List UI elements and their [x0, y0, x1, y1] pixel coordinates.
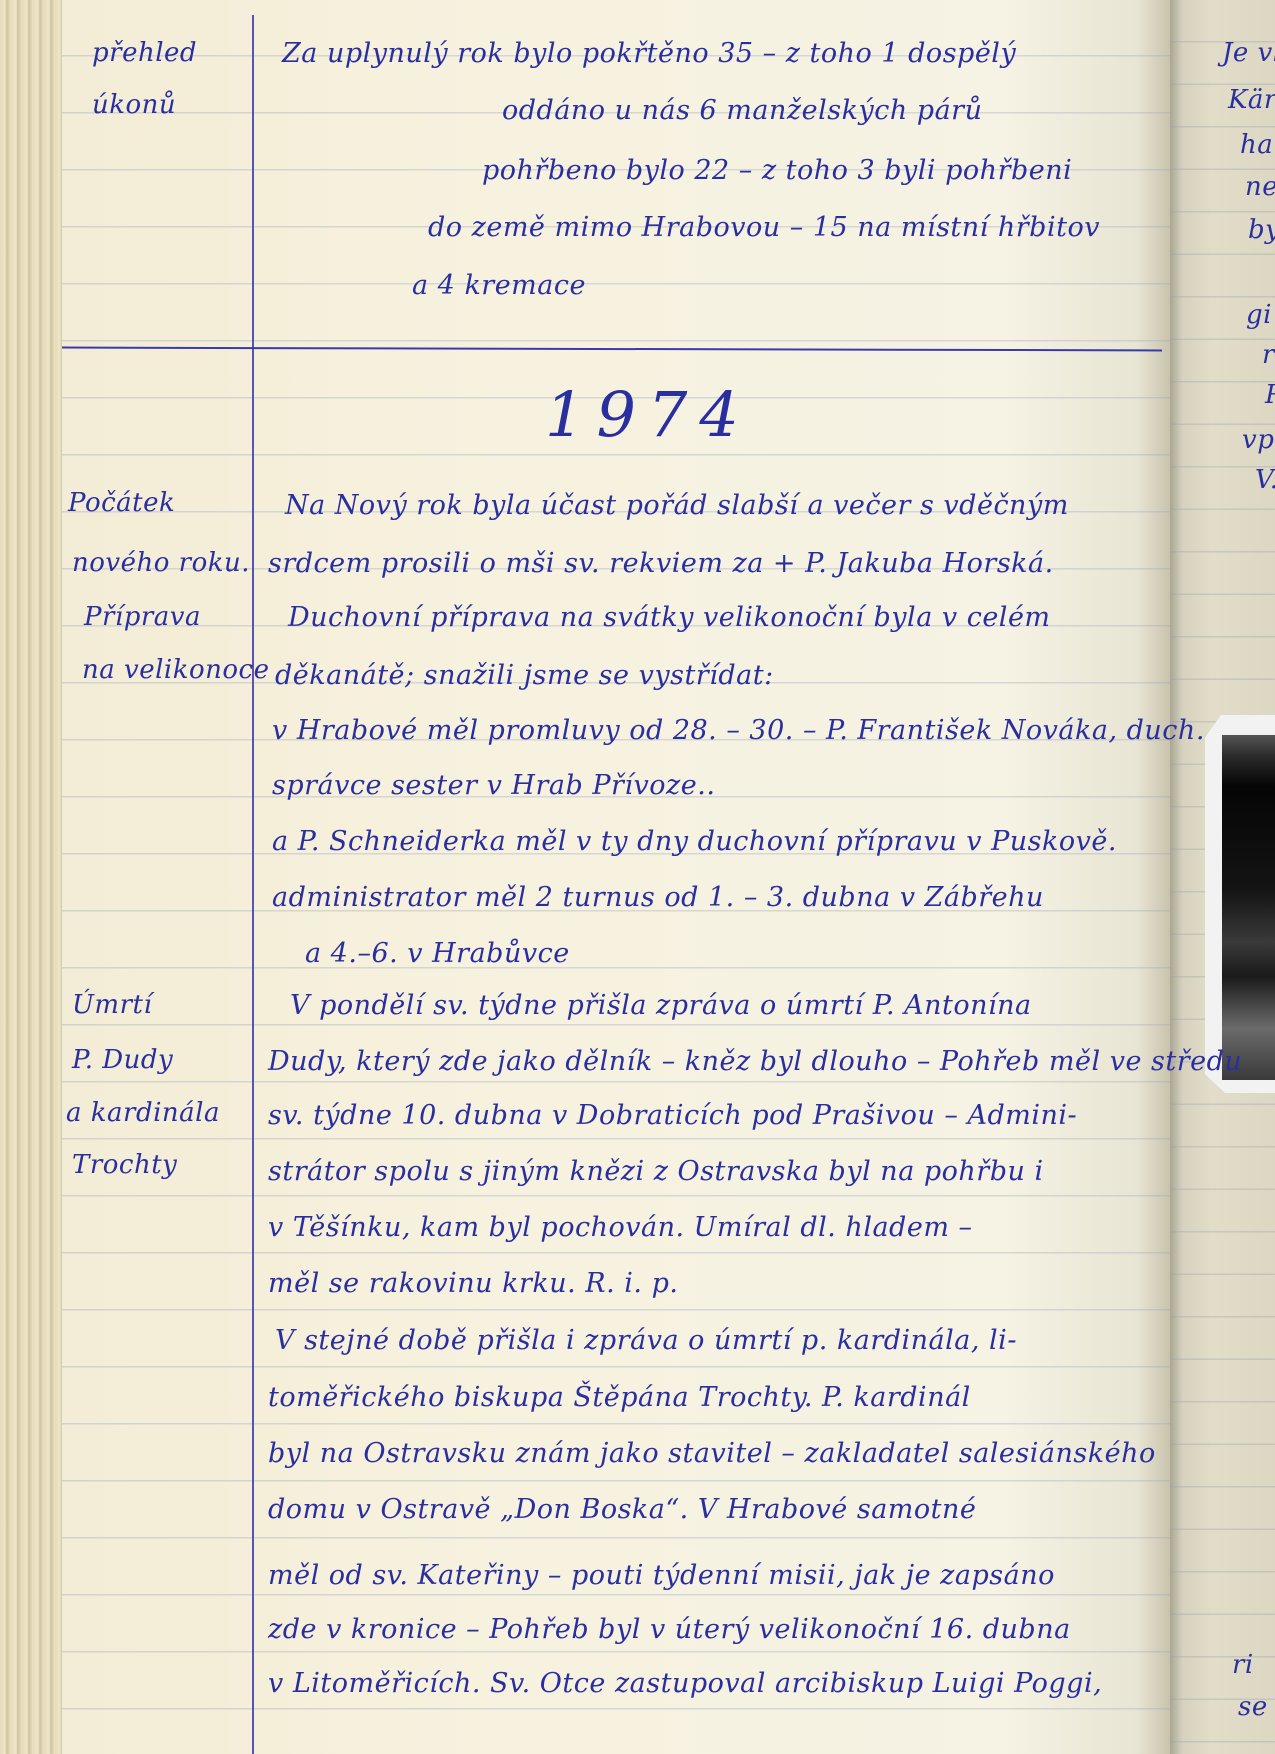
start-line-3: Duchovní příprava na svátky velikonoční … — [288, 602, 1051, 633]
deaths-line-3: sv. týdne 10. dubna v Dobraticích pod Pr… — [268, 1100, 1077, 1131]
next-page-fragment-12: se — [1238, 1692, 1268, 1722]
deaths-line-13: v Litoměřicích. Sv. Otce zastupoval arci… — [268, 1668, 1102, 1699]
deaths-line-6: měl se rakovinu krku. R. i. p. — [268, 1268, 678, 1299]
deaths-line-10: domu v Ostravě „Don Boska“. V Hrabové sa… — [268, 1494, 976, 1525]
start-line-1: Na Nový rok byla účast pořád slabší a ve… — [285, 490, 1069, 521]
next-page-fragment-8: P — [1265, 380, 1275, 410]
summary-line-1: Za uplynulý rok bylo pokřtěno 35 – z toh… — [282, 38, 1016, 69]
start-line-7: a P. Schneiderka měl v ty dny duchovní p… — [272, 826, 1117, 857]
next-page-fragment-1: Je vl — [1222, 38, 1275, 68]
chronicle-page — [62, 0, 1170, 1754]
next-page-fragment-7: ri — [1262, 340, 1275, 370]
summary-line-5: a 4 kremace — [412, 270, 586, 301]
deaths-line-7: V stejné době přišla i zpráva o úmrtí p.… — [275, 1325, 1017, 1356]
start-line-2: srdcem prosili o mši sv. rekviem za + P.… — [268, 548, 1054, 579]
deaths-line-5: v Těšínku, kam byl pochován. Umíral dl. … — [268, 1212, 973, 1243]
deaths-line-2: Dudy, který zde jako dělník – kněz byl d… — [268, 1046, 1242, 1077]
page-stack-edge — [0, 0, 64, 1754]
next-page-fragment-10: V. — [1255, 465, 1275, 495]
next-page-fragment-2: Kär — [1228, 85, 1275, 115]
margin-note-deaths-4: Trochty — [72, 1150, 177, 1180]
start-line-9: a 4.–6. v Hrabůvce — [305, 938, 570, 969]
margin-note-deaths-2: P. Dudy — [72, 1045, 173, 1075]
margin-note-start-4: na velikonoce — [82, 655, 269, 685]
next-page-fragment-4: ne — [1245, 172, 1275, 202]
summary-line-3: pohřbeno bylo 22 – z toho 3 byli pohřben… — [482, 155, 1072, 186]
margin-rule — [252, 15, 254, 1754]
start-line-6: správce sester v Hrab Přívoze.. — [272, 770, 715, 801]
start-line-5: v Hrabové měl promluvy od 28. – 30. – P.… — [272, 715, 1205, 746]
margin-note-start-1: Počátek — [68, 488, 175, 518]
margin-note-summary-1: přehled — [92, 38, 197, 68]
next-page-fragment-11: ri — [1232, 1650, 1254, 1680]
deaths-line-11: měl od sv. Kateřiny – pouti týdenní misi… — [268, 1560, 1055, 1591]
deaths-line-1: V pondělí sv. týdne přišla zpráva o úmrt… — [290, 990, 1032, 1021]
pasted-photo-image — [1222, 735, 1275, 1080]
deaths-line-8: toměřického biskupa Štěpána Trochty. P. … — [268, 1382, 971, 1413]
deaths-line-4: strátor spolu s jiným knězi z Ostravska … — [268, 1156, 1044, 1187]
margin-note-start-3: Příprava — [84, 602, 201, 632]
deaths-line-12: zde v kronice – Pohřeb byl v úterý velik… — [268, 1614, 1071, 1645]
start-line-4: děkanátě; snažili jsme se vystřídat: — [275, 660, 774, 691]
next-page-fragment-6: gi — [1246, 300, 1272, 330]
margin-note-start-2: nového roku. — [72, 548, 250, 578]
start-line-8: administrator měl 2 turnus od 1. – 3. du… — [272, 882, 1044, 913]
next-page-fragment-5: by — [1248, 215, 1275, 245]
year-heading: 1974 — [545, 378, 751, 451]
summary-line-2: oddáno u nás 6 manželských párů — [502, 95, 982, 126]
margin-note-deaths-1: Úmrtí — [72, 990, 152, 1020]
next-page-fragment-9: vp — [1242, 425, 1274, 455]
summary-line-4: do země mimo Hrabovou – 15 na místní hřb… — [428, 212, 1100, 243]
next-page-fragment-3: ha — [1240, 130, 1273, 160]
deaths-line-9: byl na Ostravsku znám jako stavitel – za… — [268, 1438, 1156, 1469]
margin-note-deaths-3: a kardinála — [66, 1098, 220, 1128]
margin-note-summary-2: úkonů — [92, 90, 176, 120]
